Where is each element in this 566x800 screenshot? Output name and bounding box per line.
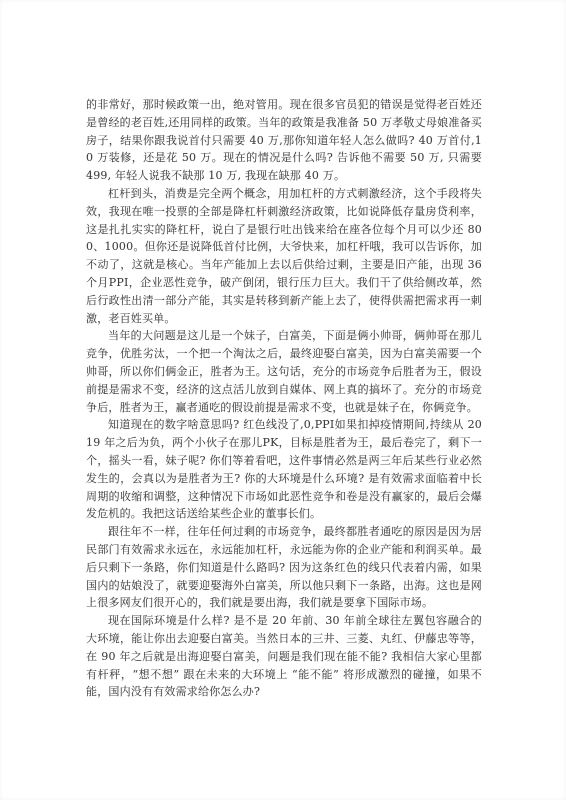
paragraph: 跟往年不一样，往年任何过剩的市场竞争，最终都胜者通吃的原因是因为居民部门有效需求… [86,523,482,612]
paragraph: 知道现在的数字啥意思吗? 红色线没了,0,PPI如果扣掉疫情期间,持续从 201… [86,416,482,523]
paragraph: 杠杆到头，消费是完全两个概念，用加杠杆的方式刺激经济，这个手段将失效，我现在唯一… [86,185,482,327]
document-page: 的非常好，那时候政策一出，绝对管用。现在很多官员犯的错误是觉得老百姓还是曾经的老… [0,0,566,800]
paragraph: 现在国际环境是什么样? 是不是 20 年前、30 年前全球往左翼包容融合的大环境… [86,612,482,701]
document-text-block: 的非常好，那时候政策一出，绝对管用。现在很多官员犯的错误是觉得老百姓还是曾经的老… [86,96,482,701]
paragraph: 的非常好，那时候政策一出，绝对管用。现在很多官员犯的错误是觉得老百姓还是曾经的老… [86,96,482,185]
paragraph: 当年的大问题是这儿是一个妹子，白富美，下面是俩小帅哥，俩帅哥在那儿竞争，优胜劣汰… [86,327,482,416]
